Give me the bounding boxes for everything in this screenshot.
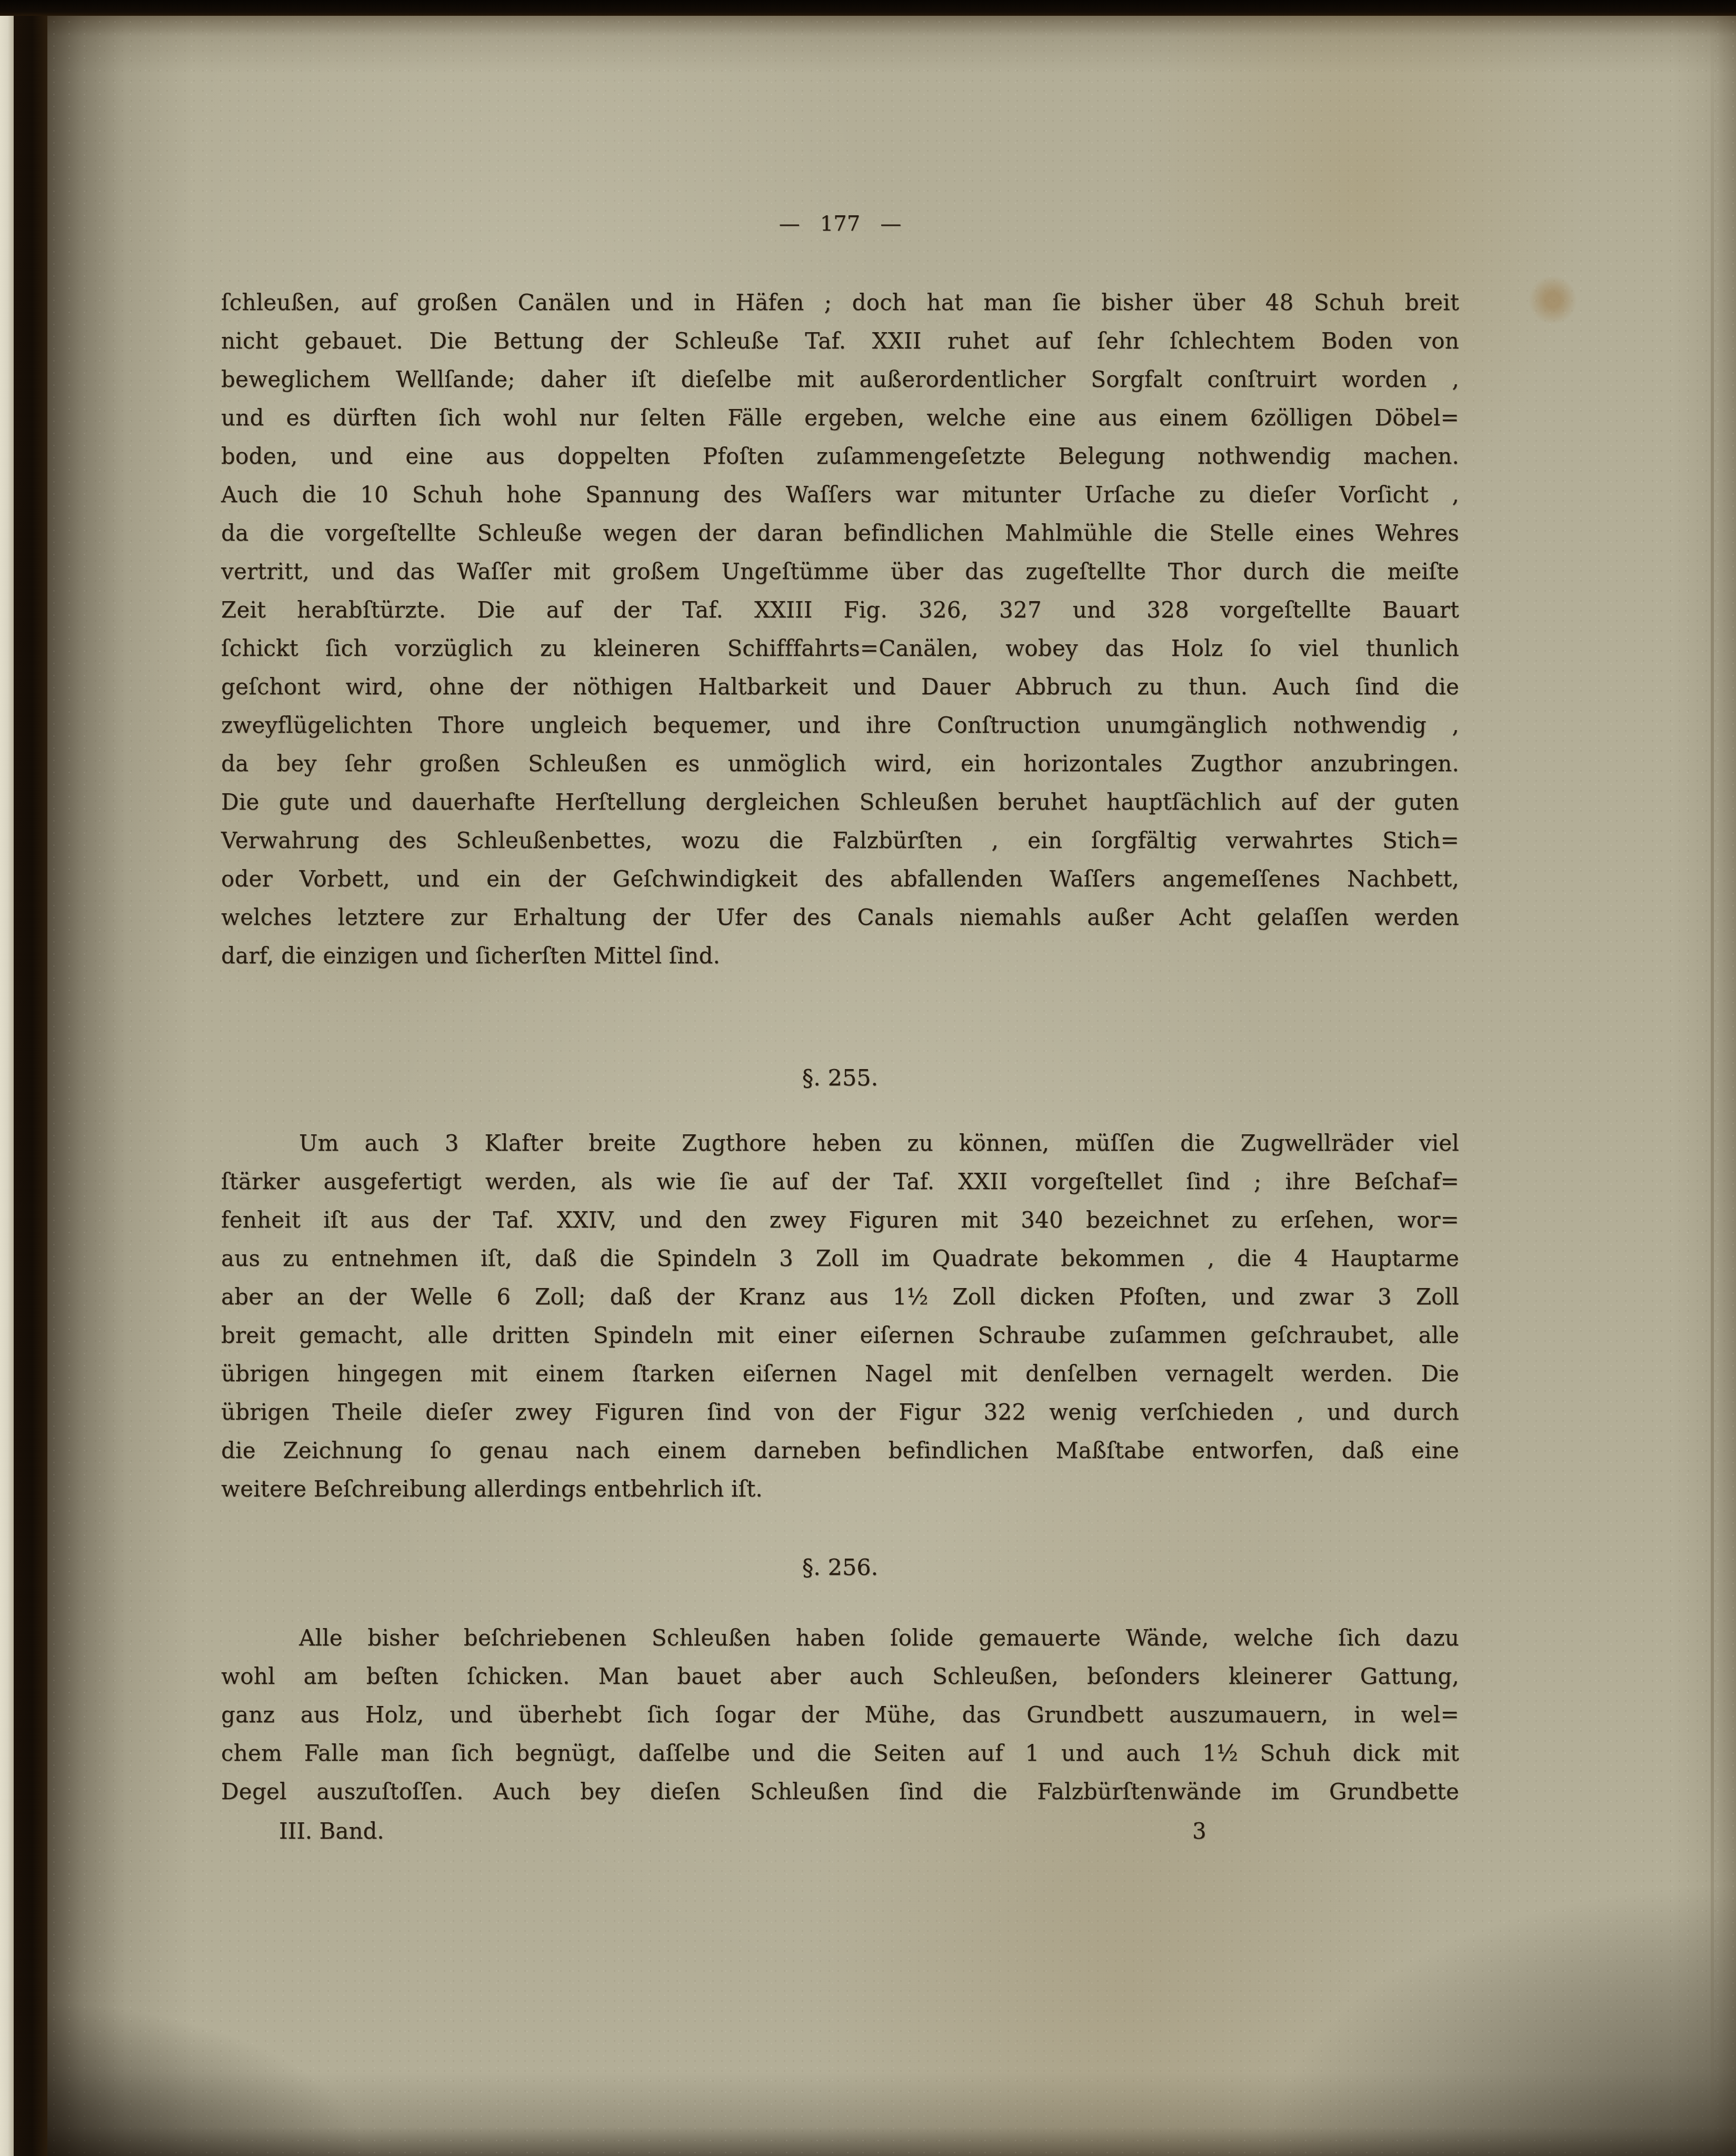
text-line: breit gemacht, alle dritten Spindeln mit… <box>221 1316 1459 1354</box>
text-line: Degel auszuſtoſſen. Auch bey dieſen Schl… <box>221 1772 1459 1811</box>
text-line: ſchleußen, auf großen Canälen und in Häf… <box>221 283 1459 322</box>
text-line: Auch die 10 Schuh hohe Spannung des Waſſ… <box>221 475 1459 514</box>
text-line: weitere Beſchreibung allerdings entbehrl… <box>221 1470 1459 1508</box>
text-line: da die vorgeſtellte Schleuße wegen der d… <box>221 514 1459 552</box>
text-line: fenheit iſt aus der Taf. XXIV, und den z… <box>221 1201 1459 1239</box>
text-line: wohl am beſten ſchicken. Man bauet aber … <box>221 1657 1459 1695</box>
text-line: Die gute und dauerhafte Herſtellung derg… <box>221 783 1459 821</box>
text-line: Verwahrung des Schleußenbettes, wozu die… <box>221 821 1459 860</box>
text-line: ganz aus Holz, und überhebt ſich ſogar d… <box>221 1695 1459 1734</box>
text-line: Um auch 3 Klafter breite Zugthore heben … <box>221 1124 1459 1162</box>
text-line: übrigen Theile dieſer zwey Figuren ſind … <box>221 1393 1459 1431</box>
signature-mark: 3 <box>1192 1812 1206 1850</box>
text-line: übrigen hingegen mit einem ſtarken eiſer… <box>221 1354 1459 1393</box>
text-line: vertritt, und das Waſſer mit großem Unge… <box>221 552 1459 591</box>
text-line: ſtärker ausgefertigt werden, als wie ſie… <box>221 1162 1459 1201</box>
text-line: zweyflügelichten Thore ungleich bequemer… <box>221 706 1459 744</box>
text-line: ſchickt ſich vorzüglich zu kleineren Sch… <box>221 629 1459 667</box>
paragraph-256: Alle bisher beſchriebenen Schleußen habe… <box>221 1619 1459 1811</box>
text-line: Zeit herabſtürzte. Die auf der Taf. XXII… <box>221 591 1459 629</box>
section-heading-256: §. 256. <box>221 1549 1459 1587</box>
text-line: die Zeichnung ſo genau nach einem darneb… <box>221 1431 1459 1470</box>
text-line: welches letztere zur Erhaltung der Ufer … <box>221 898 1459 936</box>
text-line: nicht gebauet. Die Bettung der Schleuße … <box>221 322 1459 360</box>
paragraph-255: Um auch 3 Klafter breite Zugthore heben … <box>221 1124 1459 1508</box>
text-line: da bey ſehr großen Schleußen es unmöglic… <box>221 744 1459 783</box>
book-scan-page: { "colors": { "paper": "#b3ae97", "ink":… <box>0 0 1736 2156</box>
paragraph-254-continuation: ſchleußen, auf großen Canälen und in Häf… <box>221 283 1459 975</box>
text-line: geſchont wird, ohne der nöthigen Haltbar… <box>221 667 1459 706</box>
text-line: chem Falle man ſich begnügt, daſſelbe un… <box>221 1734 1459 1772</box>
page-number: — 177 — <box>221 212 1459 243</box>
text-line: darf, die einzigen und ſicherſten Mittel… <box>221 936 1459 975</box>
text-line: beweglichem Wellſande; daher iſt dieſelb… <box>221 360 1459 398</box>
text-line: und es dürften ſich wohl nur ſelten Fäll… <box>221 398 1459 437</box>
page-footer: III. Band. 3 <box>221 1812 1459 1850</box>
text-line: oder Vorbett, und ein der Geſchwindigkei… <box>221 860 1459 898</box>
text-line: Alle bisher beſchriebenen Schleußen habe… <box>221 1619 1459 1657</box>
text-line: aus zu entnehmen iſt, daß die Spindeln 3… <box>221 1239 1459 1277</box>
section-heading-255: §. 255. <box>221 1059 1459 1097</box>
text-line: boden, und eine aus doppelten Pfoſten zu… <box>221 437 1459 475</box>
page-text-layer: — 177 — ſchleußen, auf großen Canälen un… <box>0 0 1736 2156</box>
text-line: aber an der Welle 6 Zoll; daß der Kranz … <box>221 1277 1459 1316</box>
volume-label: III. Band. <box>279 1812 384 1850</box>
